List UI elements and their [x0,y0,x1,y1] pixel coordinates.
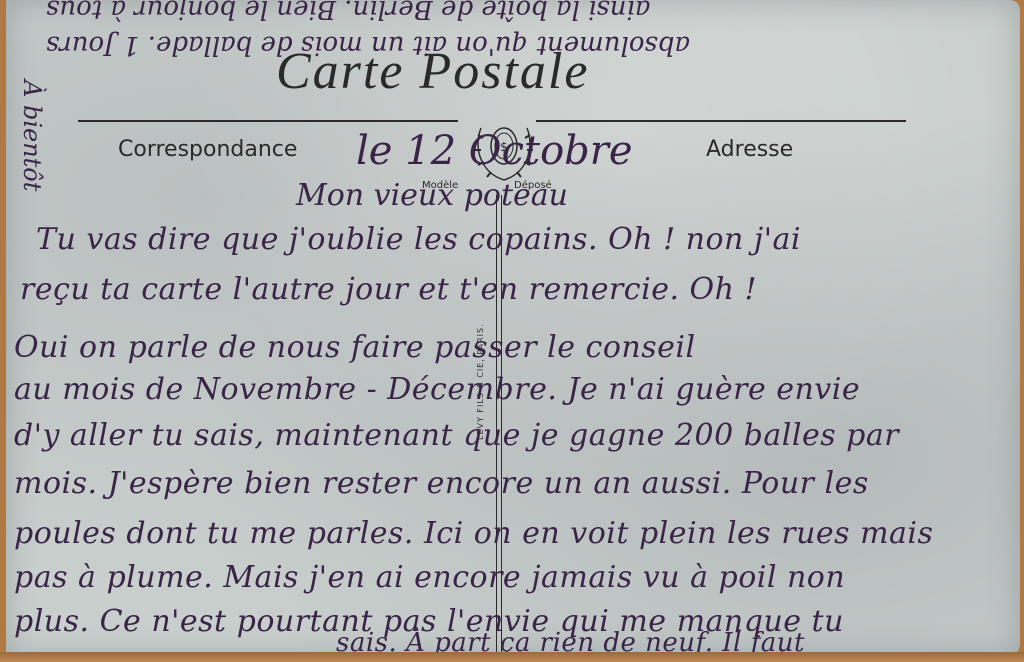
margin-note: À bientôt [18,80,46,191]
handwritten-line-3: Oui on parle de nous faire passer le con… [14,330,696,365]
adresse-label: Adresse [706,137,793,162]
wood-surface [0,652,1024,662]
handwritten-date: le 12 Octobre [356,128,633,174]
header-rule-left [78,120,458,122]
handwritten-line-8: pas à plume. Mais j'en ai encore jamais … [14,560,845,595]
upside-down-line-1: ainsi la boîte de Berlin. Bien le bonjou… [46,0,650,24]
postcard-title: Carte Postale [276,42,589,101]
correspondance-label: Correspondance [118,137,297,162]
header-rule-right [536,120,906,122]
handwritten-line-7: poules dont tu me parles. Ici on en voit… [14,516,933,551]
handwritten-line-1: Tu vas dire que j'oublie les copains. Oh… [36,222,801,257]
handwritten-salutation: Mon vieux poteau [296,178,568,213]
postcard: ainsi la boîte de Berlin. Bien le bonjou… [6,0,1020,656]
handwritten-line-2: reçu ta carte l'autre jour et t'en remer… [20,272,757,307]
handwritten-line-6: mois. J'espère bien rester encore un an … [14,466,869,501]
handwritten-line-5: d'y aller tu sais, maintenant que je gag… [14,418,899,453]
handwritten-line-4: au mois de Novembre - Décembre. Je n'ai … [14,372,860,407]
